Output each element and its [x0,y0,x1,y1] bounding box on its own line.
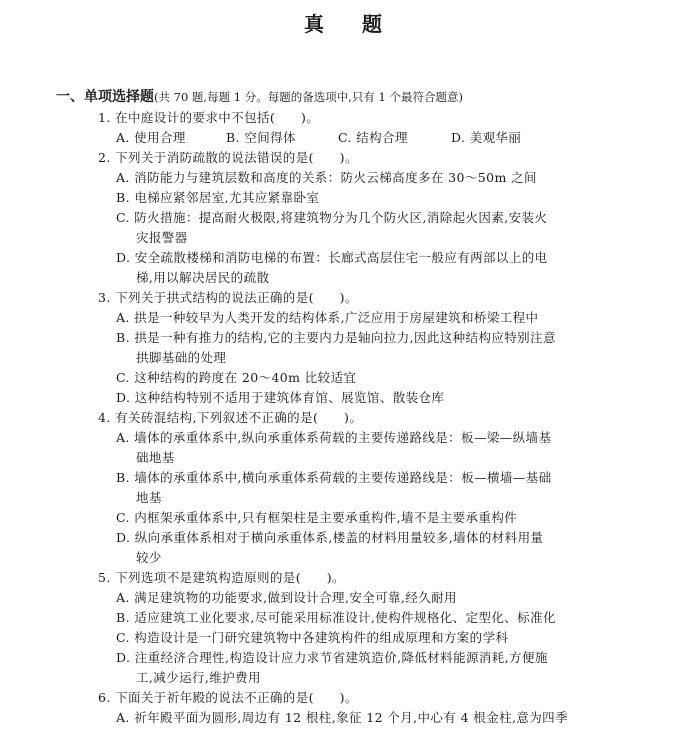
section-title: 一、单项选择题 [56,89,154,105]
option-c: C. 结构合理 [338,130,451,146]
question-4-option-a-cont: 础地基 [136,450,175,466]
question-5-option-d: D. 注重经济合理性,构造设计应力求节省建筑造价,降低材料能源消耗,方便施 [116,650,548,666]
option-d: D. 美观华丽 [451,130,521,146]
question-2-stem: 2. 下列关于消防疏散的说法错误的是( )。 [98,150,358,166]
question-3-stem: 3. 下列关于拱式结构的说法正确的是( )。 [98,290,358,306]
question-4-option-b: B. 墙体的承重体系中,横向承重体系荷载的主要传递路线是：板—横墙—基础 [116,470,552,486]
question-5-option-a: A. 满足建筑物的功能要求,做到设计合理,安全可靠,经久耐用 [116,590,457,606]
option-b: B. 空间得体 [226,130,338,146]
section-heading: 一、单项选择题(共 70 题,每题 1 分。每题的备选项中,只有 1 个最符合题… [56,86,463,106]
question-4-option-a: A. 墙体的承重体系中,纵向承重体系荷载的主要传递路线是：板—梁—纵墙基 [116,430,551,446]
question-3-option-b-cont: 拱脚基础的处理 [136,350,226,366]
question-4-option-d: D. 纵向承重体系相对于横向承重体系,楼盖的材料用量较多,墙体的材料用量 [116,530,543,546]
question-3-option-a: A. 拱是一种较早为人类开发的结构体系,广泛应用于房屋建筑和桥梁工程中 [116,310,538,326]
question-1-stem: 1. 在中庭设计的要求中不包括( )。 [98,110,319,126]
question-4-option-c: C. 内框架承重体系中,只有框架柱是主要承重构件,墙不是主要承重构件 [116,510,517,526]
question-4-option-b-cont: 地基 [136,490,162,506]
question-6-option-a: A. 祈年殿平面为圆形,周边有 12 根柱,象征 12 个月,中心有 4 根金柱… [116,710,568,726]
question-5-option-b: B. 适应建筑工业化要求,尽可能采用标准设计,使构件规格化、定型化、标准化 [116,610,556,626]
question-3-option-d: D. 这种结构特别不适用于建筑体育馆、展览馆、散装仓库 [116,390,444,406]
question-2-option-c: C. 防火措施：提高耐火极限,将建筑物分为几个防火区,消除起火因素,安装火 [116,210,547,226]
question-5-option-d-cont: 工,减少运行,维护费用 [136,670,261,686]
question-2-option-a: A. 消防能力与建筑层数和高度的关系：防火云梯高度多在 30～50m 之间 [116,170,537,186]
question-2-option-d-cont: 梯,用以解决居民的疏散 [136,270,269,286]
question-4-stem: 4. 有关砖混结构,下列叙述不正确的是( )。 [98,410,362,426]
title-char-1: 真 [304,8,324,37]
page-title: 真题 [0,8,686,37]
question-5-option-c: C. 构造设计是一门研究建筑物中各建筑构件的组成原理和方案的学科 [116,630,508,646]
question-2-option-d: D. 安全疏散楼梯和消防电梯的布置：长廊式高层住宅一般应有两部以上的电 [116,250,548,266]
question-2-option-b: B. 电梯应紧邻居室,尤其应紧靠卧室 [116,190,319,206]
question-6-stem: 6. 下面关于祈年殿的说法不正确的是( )。 [98,690,358,706]
question-1-options: A. 使用合理B. 空间得体C. 结构合理D. 美观华丽 [116,130,521,146]
question-2-option-c-cont: 灾报警器 [136,230,188,246]
title-char-2: 题 [362,8,382,37]
question-4-option-d-cont: 较少 [136,550,162,566]
question-5-stem: 5. 下列选项不是建筑构造原则的是( )。 [98,570,345,586]
option-a: A. 使用合理 [116,130,226,146]
section-note: (共 70 题,每题 1 分。每题的备选项中,只有 1 个最符合题意) [154,90,463,104]
question-3-option-b: B. 拱是一种有推力的结构,它的主要内力是轴向拉力,因此这种结构应特别注意 [116,330,556,346]
question-3-option-c: C. 这种结构的跨度在 20～40m 比较适宜 [116,370,356,386]
